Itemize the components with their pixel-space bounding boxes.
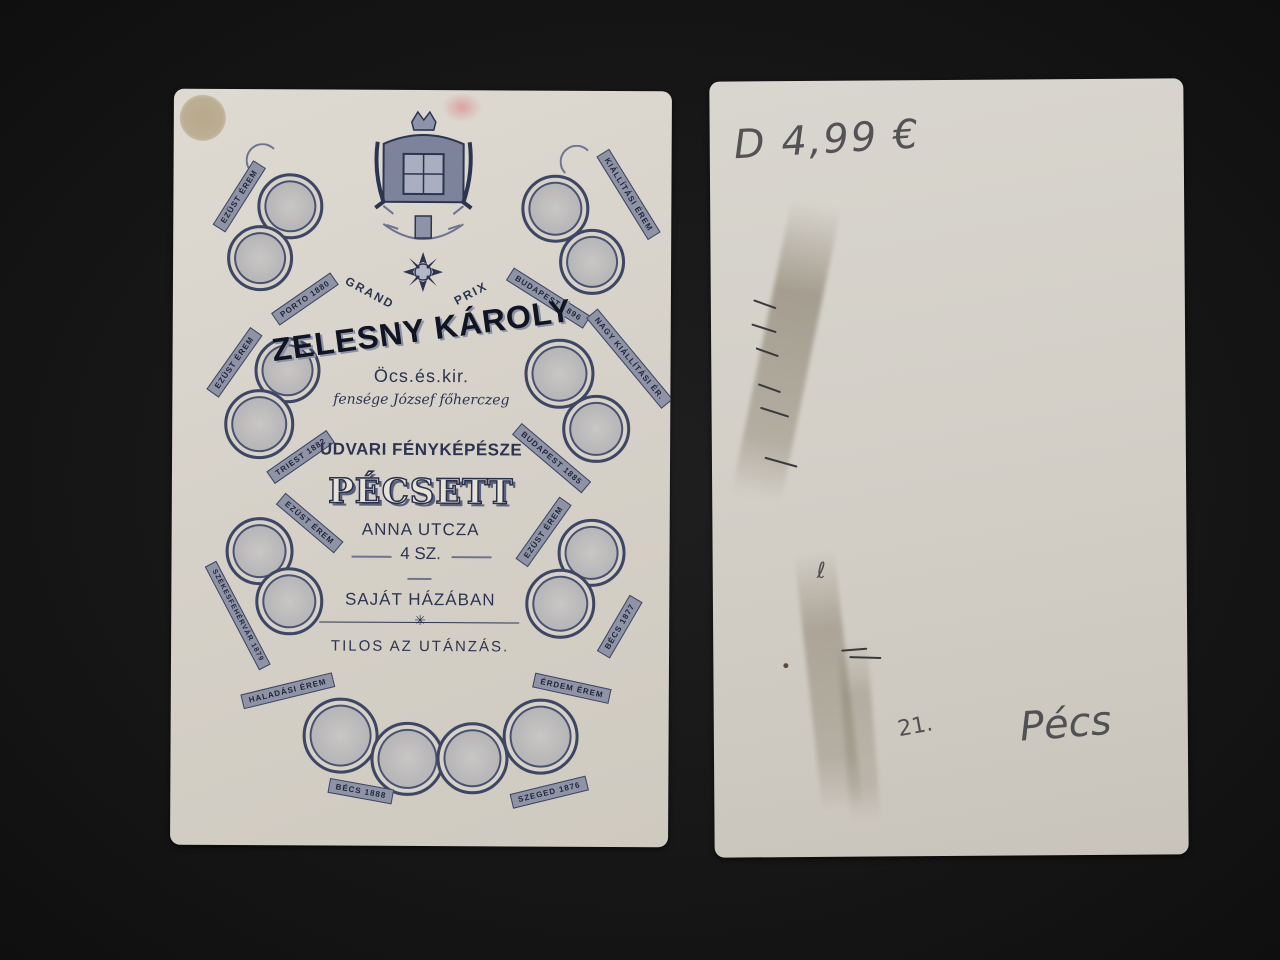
medal-group-bottom: HALADÁSI ÉREM ÉRDEM ÉREM BÉCS 1888 SZEGE… <box>210 679 631 821</box>
dot <box>783 663 788 668</box>
medal-ribbon: KIÁLLÍTÁSI ÉREM <box>596 149 660 241</box>
medal-ribbon: SZEGED 1876 <box>510 776 589 809</box>
star-ornament-icon: ✳ <box>171 611 669 631</box>
divider <box>407 578 431 580</box>
medal <box>436 722 508 794</box>
note-fragment: 21. <box>896 711 935 742</box>
own-house-text: SAJÁT HÁZÁBAN <box>171 589 669 612</box>
medal-group-top-right: KIÁLLÍTÁSI ÉREM BUDAPEST 1896 <box>509 150 640 301</box>
medal <box>502 698 578 774</box>
smudge <box>732 199 841 503</box>
medal-portrait <box>370 722 444 796</box>
price-note: D 4,99 € <box>733 111 922 168</box>
photo-card-back: D 4,99 € ℓ 21. Pécs <box>709 78 1188 857</box>
title-line-1: Öcs.és.kir. <box>172 365 670 389</box>
pencil-squiggle: ℓ <box>817 559 826 584</box>
medal <box>302 697 378 773</box>
house-number: 4 SZ. <box>172 543 670 566</box>
medal <box>227 225 293 291</box>
coat-of-arms-icon <box>363 104 484 295</box>
title-line-2: fensége József főherczeg <box>172 391 670 410</box>
place-note: Pécs <box>1018 698 1113 751</box>
medal-group-top-left: EZÜST ÉREM PORTO 1880 <box>205 149 326 300</box>
copy-notice: TILOS AZ UTÁNZÁS. <box>171 637 669 657</box>
title-line-3: UDVARI FÉNYKÉPÉSZE <box>172 439 670 462</box>
city-name: PÉCSETT <box>172 471 670 514</box>
water-stain <box>180 95 226 141</box>
street-address: ANNA UTCZA <box>172 519 670 542</box>
photo-card-front: EZÜST ÉREM PORTO 1880 KIÁLLÍTÁSI ÉREM BU… <box>170 89 672 848</box>
